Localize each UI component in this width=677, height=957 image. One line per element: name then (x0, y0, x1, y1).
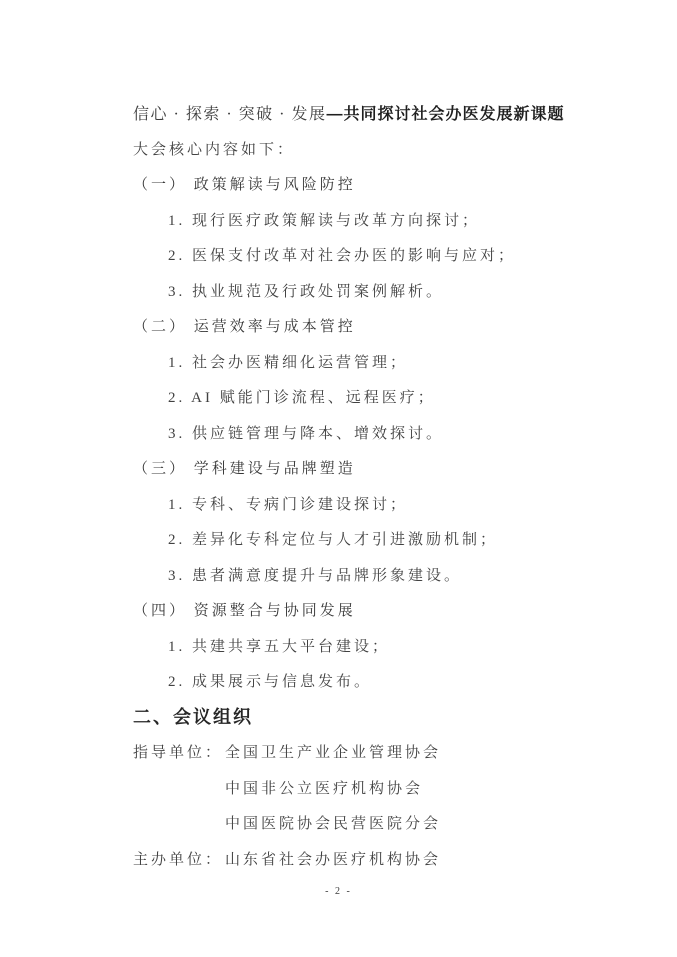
org-row-guidance-1: 指导单位：全国卫生产业企业管理协会 (133, 734, 637, 770)
section-3-item-3: 3. 患者满意度提升与品牌形象建设。 (133, 557, 637, 593)
org-label-host: 主办单位： (133, 848, 225, 869)
section-2-item-2: 2. AI 赋能门诊流程、远程医疗； (133, 379, 637, 415)
section-4-item-2: 2. 成果展示与信息发布。 (133, 663, 637, 699)
section-3-item-2: 2. 差异化专科定位与人才引进激励机制； (133, 521, 637, 557)
section-1-item-3: 3. 执业规范及行政处罚案例解析。 (133, 273, 637, 309)
org-name: 全国卫生产业企业管理协会 (225, 741, 441, 762)
section-1-heading: （一） 政策解读与风险防控 (133, 166, 637, 202)
document-content: 信心 · 探索 · 突破 · 发展—共同探讨社会办医发展新课题 大会核心内容如下… (133, 95, 637, 876)
part-2-heading: 二、会议组织 (133, 699, 637, 735)
section-2-item-3: 3. 供应链管理与降本、增效探讨。 (133, 415, 637, 451)
org-name: 中国非公立医疗机构协会 (225, 777, 423, 798)
org-row-guidance-2: 中国非公立医疗机构协会 (133, 770, 637, 806)
section-1-item-1: 1. 现行医疗政策解读与改革方向探讨； (133, 202, 637, 238)
page-number: - 2 - (0, 886, 677, 897)
title-bold-text: —共同探讨社会办医发展新课题 (327, 101, 565, 124)
intro-text: 大会核心内容如下： (133, 131, 637, 167)
section-3-item-1: 1. 专科、专病门诊建设探讨； (133, 486, 637, 522)
org-name: 中国医院协会民营医院分会 (225, 812, 441, 833)
org-label-guidance: 指导单位： (133, 741, 225, 762)
title-prefix-text: 信心 · 探索 · 突破 · 发展 (133, 101, 327, 124)
org-row-host: 主办单位：山东省社会办医疗机构协会 (133, 841, 637, 877)
section-1-item-2: 2. 医保支付改革对社会办医的影响与应对； (133, 237, 637, 273)
section-2-item-1: 1. 社会办医精细化运营管理； (133, 344, 637, 380)
section-4-item-1: 1. 共建共享五大平台建设； (133, 628, 637, 664)
section-3-heading: （三） 学科建设与品牌塑造 (133, 450, 637, 486)
org-name: 山东省社会办医疗机构协会 (225, 848, 441, 869)
org-row-guidance-3: 中国医院协会民营医院分会 (133, 805, 637, 841)
document-title: 信心 · 探索 · 突破 · 发展—共同探讨社会办医发展新课题 (133, 95, 637, 131)
document-page: 信心 · 探索 · 突破 · 发展—共同探讨社会办医发展新课题 大会核心内容如下… (0, 0, 677, 957)
section-4-heading: （四） 资源整合与协同发展 (133, 592, 637, 628)
section-2-heading: （二） 运营效率与成本管控 (133, 308, 637, 344)
